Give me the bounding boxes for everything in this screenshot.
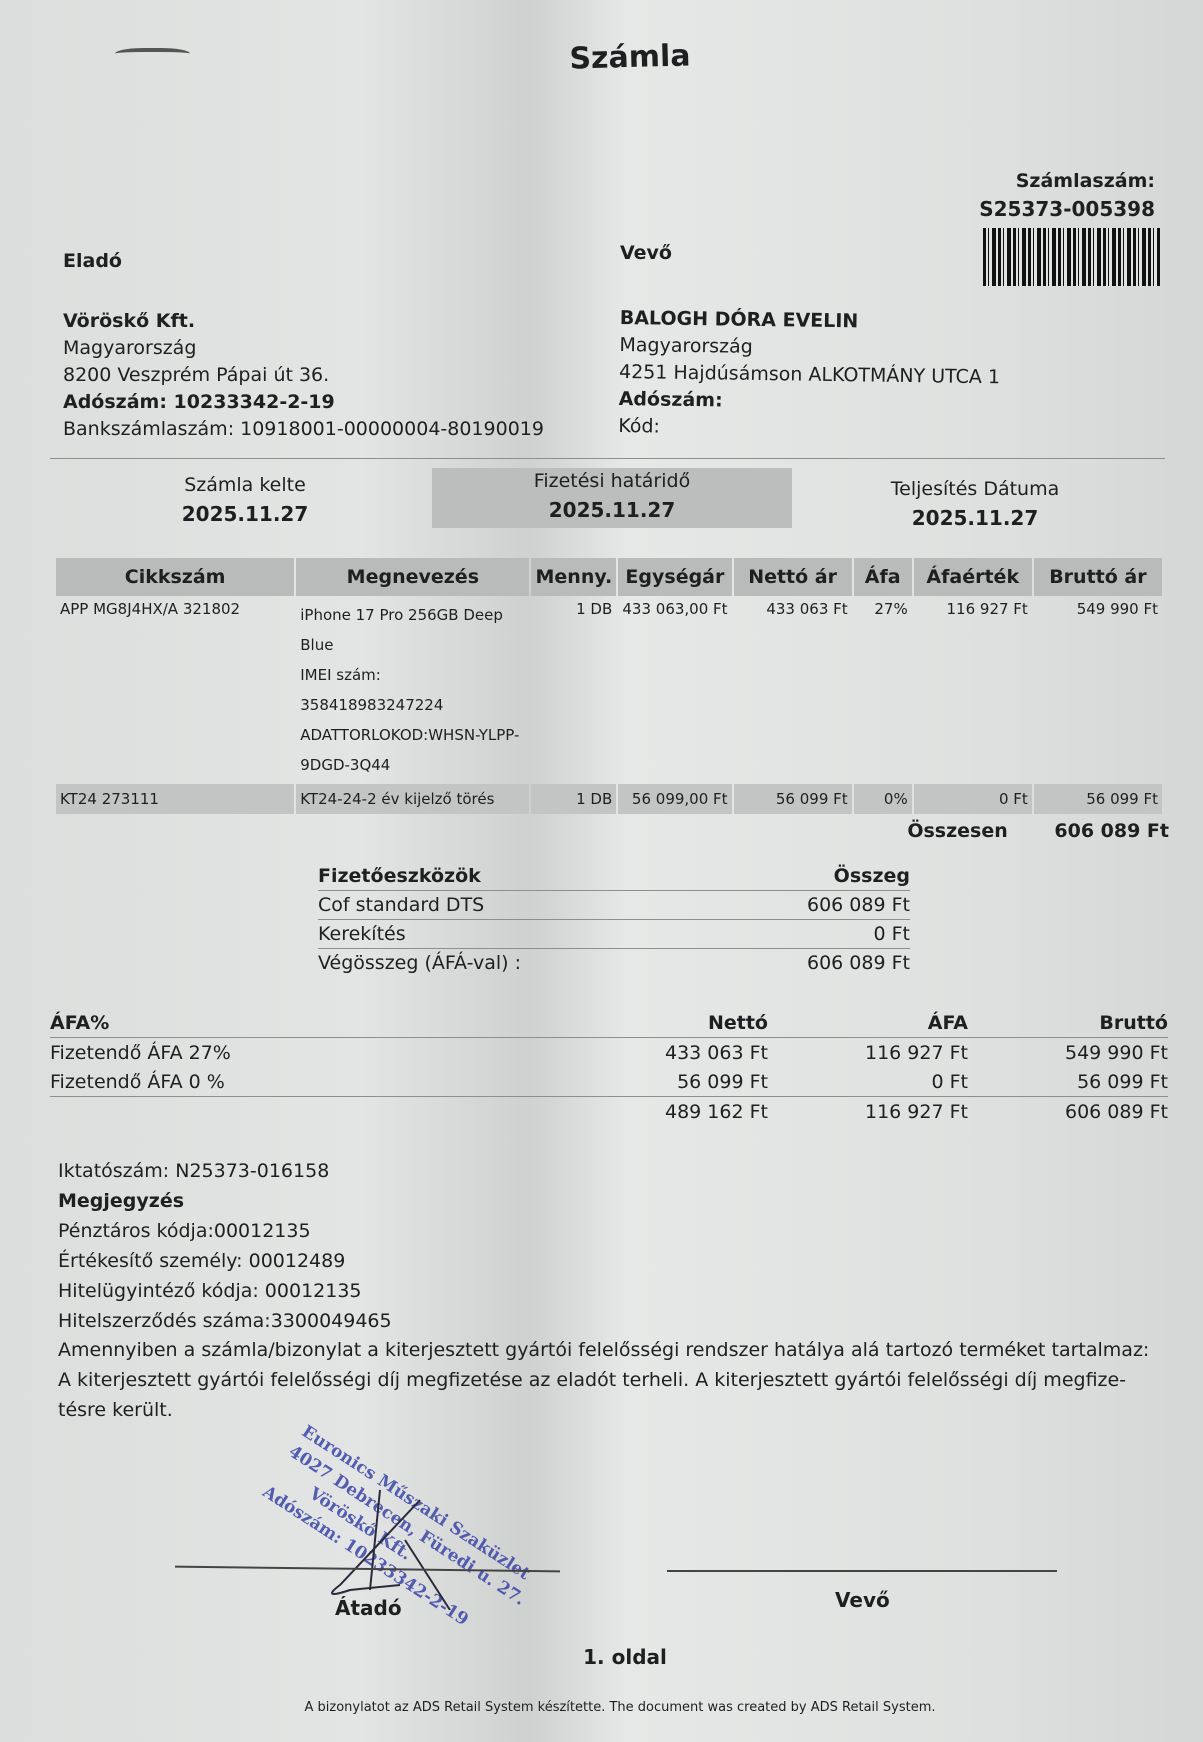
item-description: iPhone 17 Pro 256GB Deep Blue IMEI szám:… — [296, 596, 529, 784]
total-value: 606 089 Ft — [1054, 820, 1169, 842]
vat-row: Fizetendő ÁFA 27% 433 063 Ft 116 927 Ft … — [50, 1038, 1168, 1067]
due-date-box: Fizetési határidő 2025.11.27 — [432, 468, 792, 528]
desc-line: 9DGD-3Q44 — [300, 750, 525, 780]
table-row: APP MG8J4HX/A 321802 iPhone 17 Pro 256GB… — [56, 596, 1162, 784]
buyer-block: BALOGH DÓRA EVELIN Magyarország 4251 Haj… — [618, 305, 1001, 445]
issue-date-label: Számla kelte — [160, 474, 330, 496]
vat-row: Fizetendő ÁFA 0 % 56 099 Ft 0 Ft 56 099 … — [50, 1067, 1168, 1097]
payment-header-row: Fizetőeszközök Összeg — [318, 862, 910, 891]
buyer-tax-id-label: Adószám: — [618, 386, 999, 418]
vat-col-header: Bruttó — [968, 1012, 1168, 1034]
seller-address: 8200 Veszprém Pápai út 36. — [63, 362, 544, 389]
vat-cell: 56 099 Ft — [968, 1071, 1168, 1093]
registry-number: Iktatószám: N25373-016158 — [58, 1156, 392, 1186]
issue-date-box: Számla kelte 2025.11.27 — [160, 474, 330, 526]
vat-cell: 116 927 Ft — [768, 1101, 968, 1123]
invoice-number: S25373-005398 — [979, 197, 1155, 221]
items-table: Cikkszám Megnevezés Menny. Egységár Nett… — [54, 558, 1164, 814]
vat-cell: Fizetendő ÁFA 0 % — [50, 1071, 568, 1093]
vat-cell: 606 089 Ft — [968, 1101, 1168, 1123]
document-title: Számla — [0, 24, 1203, 92]
col-header: Bruttó ár — [1034, 558, 1162, 596]
payment-row: Cof standard DTS 606 089 Ft — [318, 891, 910, 920]
seller-heading: Eladó — [63, 250, 122, 272]
barcode-icon — [983, 228, 1160, 286]
seller-block: Vöröskő Kft. Magyarország 8200 Veszprém … — [63, 308, 544, 443]
fulfillment-date-label: Teljesítés Dátuma — [870, 478, 1080, 500]
payment-method-header: Fizetőeszközök — [318, 865, 481, 887]
signature-line-right — [667, 1570, 1057, 1572]
desc-line: 358418983247224 — [300, 690, 525, 720]
item-qty: 1 DB — [531, 784, 616, 814]
footer-created-by: A bizonylatot az ADS Retail System készí… — [0, 1700, 1203, 1715]
vat-cell: 56 099 Ft — [568, 1071, 768, 1093]
signature-icon — [310, 1480, 470, 1610]
handover-label: Átadó — [335, 1596, 402, 1620]
issue-date: 2025.11.27 — [160, 502, 330, 526]
disclaimer-text: Amennyiben a számla/bizonylat a kiterjes… — [58, 1335, 1168, 1425]
notes-block: Iktatószám: N25373-016158 Megjegyzés Pén… — [58, 1156, 392, 1336]
total-label: Összesen — [907, 820, 1007, 842]
vat-col-header: Nettó — [568, 1012, 768, 1034]
payment-value: 0 Ft — [873, 923, 910, 945]
invoice-paper: Számla Számlaszám: S25373-005398 Eladó V… — [0, 0, 1203, 1742]
col-header: Nettó ár — [734, 558, 852, 596]
due-date: 2025.11.27 — [432, 498, 792, 522]
table-row: KT24 273111 KT24-24-2 év kijelző törés 1… — [56, 784, 1162, 814]
col-header: Áfa — [854, 558, 912, 596]
desc-line: ADATTORLOKOD:WHSN-YLPP- — [300, 720, 525, 750]
vat-cell: 0 Ft — [768, 1071, 968, 1093]
col-header: Áfaérték — [914, 558, 1032, 596]
payment-value: 606 089 Ft — [807, 952, 910, 974]
item-vat-rate: 27% — [854, 596, 912, 784]
vat-cell: 549 990 Ft — [968, 1042, 1168, 1064]
note-line: Pénztáros kódja:00012135 — [58, 1216, 392, 1246]
vat-header-row: ÁFA% Nettó ÁFA Bruttó — [50, 1008, 1168, 1038]
note-line: Hitelszerződés száma:3300049465 — [58, 1306, 392, 1336]
due-date-label: Fizetési határidő — [432, 470, 792, 492]
buyer-code-label: Kód: — [618, 413, 999, 445]
payment-row: Kerekítés 0 Ft — [318, 920, 910, 949]
item-net: 56 099 Ft — [734, 784, 852, 814]
item-gross: 549 990 Ft — [1034, 596, 1162, 784]
desc-line: iPhone 17 Pro 256GB Deep — [300, 600, 525, 630]
page-number: 1. oldal — [0, 1645, 1203, 1669]
buyer-signature-label: Vevő — [835, 1588, 890, 1612]
seller-name: Vöröskő Kft. — [63, 308, 544, 335]
invoice-number-label: Számlaszám: — [1016, 170, 1155, 192]
item-vat-rate: 0% — [854, 784, 912, 814]
vat-cell: Fizetendő ÁFA 27% — [50, 1042, 568, 1064]
item-vat-amount: 0 Ft — [914, 784, 1032, 814]
item-description: KT24-24-2 év kijelző törés — [296, 784, 529, 814]
seller-country: Magyarország — [63, 335, 544, 362]
vat-cell: 489 162 Ft — [568, 1101, 768, 1123]
payment-label: Cof standard DTS — [318, 894, 484, 916]
col-header: Menny. — [531, 558, 616, 596]
vat-cell: 116 927 Ft — [768, 1042, 968, 1064]
col-header: Megnevezés — [296, 558, 529, 596]
desc-line: IMEI szám: — [300, 660, 525, 690]
note-line: Értékesítő személy: 00012489 — [58, 1246, 392, 1276]
item-unit-price: 433 063,00 Ft — [618, 596, 731, 784]
item-unit-price: 56 099,00 Ft — [618, 784, 731, 814]
vat-total-row: 489 162 Ft 116 927 Ft 606 089 Ft — [50, 1097, 1168, 1126]
items-total: Összesen 606 089 Ft — [907, 820, 1169, 842]
payment-value: 606 089 Ft — [807, 894, 910, 916]
fulfillment-date-box: Teljesítés Dátuma 2025.11.27 — [870, 478, 1080, 530]
item-sku: APP MG8J4HX/A 321802 — [56, 596, 294, 784]
vat-col-header: ÁFA% — [50, 1012, 568, 1034]
vat-col-header: ÁFA — [768, 1012, 968, 1034]
desc-line: Blue — [300, 630, 525, 660]
item-gross: 56 099 Ft — [1034, 784, 1162, 814]
payment-amount-header: Összeg — [834, 865, 910, 887]
notes-heading: Megjegyzés — [58, 1186, 392, 1216]
seller-bank-account: Bankszámlaszám: 10918001-00000004-801900… — [63, 416, 544, 443]
item-net: 433 063 Ft — [734, 596, 852, 784]
note-line: Hitelügyintéző kódja: 00012135 — [58, 1276, 392, 1306]
buyer-heading: Vevő — [620, 242, 672, 264]
items-header-row: Cikkszám Megnevezés Menny. Egységár Nett… — [56, 558, 1162, 596]
col-header: Egységár — [618, 558, 731, 596]
col-header: Cikkszám — [56, 558, 294, 596]
payment-label: Kerekítés — [318, 923, 406, 945]
payment-table: Fizetőeszközök Összeg Cof standard DTS 6… — [318, 862, 910, 977]
vat-cell: 433 063 Ft — [568, 1042, 768, 1064]
payment-row: Végösszeg (ÁFÁ-val) : 606 089 Ft — [318, 949, 910, 977]
seller-tax-id: Adószám: 10233342-2-19 — [63, 389, 544, 416]
fulfillment-date: 2025.11.27 — [870, 506, 1080, 530]
item-sku: KT24 273111 — [56, 784, 294, 814]
divider — [50, 458, 1165, 459]
item-vat-amount: 116 927 Ft — [914, 596, 1032, 784]
item-qty: 1 DB — [531, 596, 616, 784]
payment-label: Végösszeg (ÁFÁ-val) : — [318, 952, 521, 974]
vat-summary-table: ÁFA% Nettó ÁFA Bruttó Fizetendő ÁFA 27% … — [50, 1008, 1168, 1126]
